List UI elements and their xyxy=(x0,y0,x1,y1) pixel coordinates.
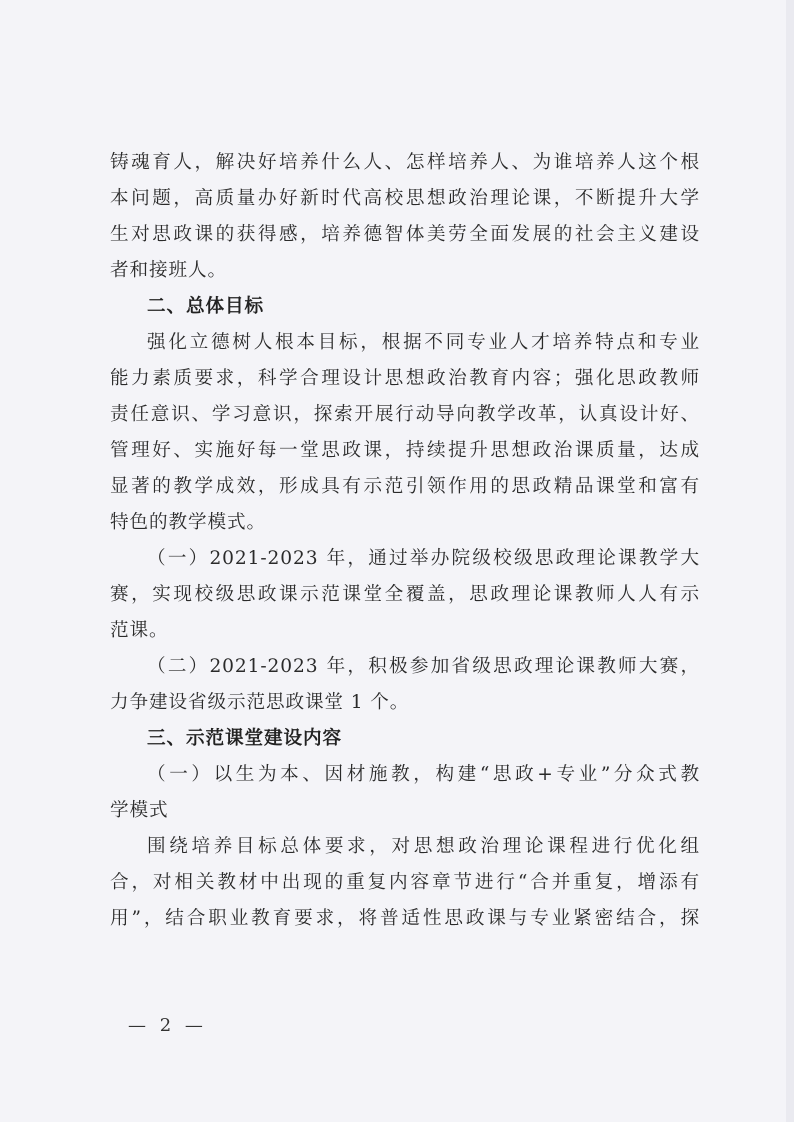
text-line: （二）2021-2023 年，积极参加省级思政理论课教师大赛， xyxy=(110,649,700,685)
text-line: 强化立德树人根本目标，根据不同专业人才培养特点和专业 xyxy=(110,325,700,361)
section-heading-demo-classroom: 三、示范课堂建设内容 xyxy=(110,721,700,757)
text-line: 合，对相关教材中出现的重复内容章节进行“合并重复，增添有 xyxy=(110,865,700,901)
page-number: — 2 — xyxy=(128,1015,207,1036)
text-line: 范课。 xyxy=(110,613,700,649)
text-line: 能力素质要求，科学合理设计思想政治教育内容；强化思政教师 xyxy=(110,361,700,397)
document-page: 铸魂育人，解决好培养什么人、怎样培养人、为谁培养人这个根 本问题，高质量办好新时… xyxy=(0,0,786,1122)
text-line: 生对思政课的获得感，培养德智体美劳全面发展的社会主义建设 xyxy=(110,217,700,253)
section-heading-overall-goals: 二、总体目标 xyxy=(110,289,700,325)
document-body: 铸魂育人，解决好培养什么人、怎样培养人、为谁培养人这个根 本问题，高质量办好新时… xyxy=(110,145,700,937)
text-line: 者和接班人。 xyxy=(110,253,700,289)
text-line: 责任意识、学习意识，探索开展行动导向教学改革，认真设计好、 xyxy=(110,397,700,433)
text-line: 赛，实现校级思政课示范课堂全覆盖，思政理论课教师人人有示 xyxy=(110,577,700,613)
page-edge xyxy=(786,0,794,1122)
text-line: 特色的教学模式。 xyxy=(110,505,700,541)
text-line: （一）以生为本、因材施教，构建“思政+专业”分众式教 xyxy=(110,757,700,793)
text-line: 显著的教学成效，形成具有示范引领作用的思政精品课堂和富有 xyxy=(110,469,700,505)
text-line: 用”，结合职业教育要求，将普适性思政课与专业紧密结合，探 xyxy=(110,901,700,937)
text-line: （一）2021-2023 年，通过举办院级校级思政理论课教学大 xyxy=(110,541,700,577)
text-line: 力争建设省级示范思政课堂 1 个。 xyxy=(110,685,700,721)
text-line: 铸魂育人，解决好培养什么人、怎样培养人、为谁培养人这个根 xyxy=(110,145,700,181)
text-line: 围绕培养目标总体要求，对思想政治理论课程进行优化组 xyxy=(110,829,700,865)
text-line: 学模式 xyxy=(110,793,700,829)
text-line: 本问题，高质量办好新时代高校思想政治理论课，不断提升大学 xyxy=(110,181,700,217)
text-line: 管理好、实施好每一堂思政课，持续提升思想政治课质量，达成 xyxy=(110,433,700,469)
